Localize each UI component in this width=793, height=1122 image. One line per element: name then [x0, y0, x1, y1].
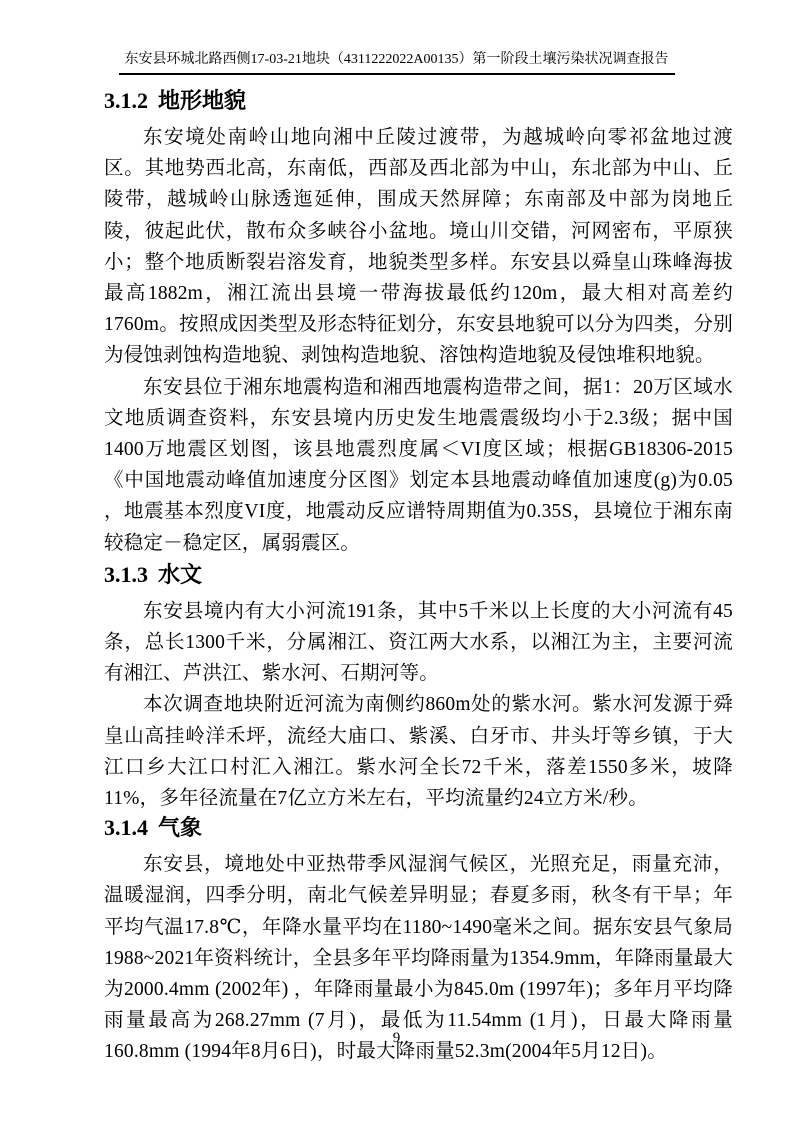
section-heading-hydrology: 3.1.3水文: [104, 562, 733, 588]
section-title: 地形地貌: [158, 88, 246, 113]
running-header-title: 东安县环城北路西侧17-03-21地块（4311222022A00135）第一阶…: [125, 52, 669, 67]
paragraph-hydrology-2: 本次调查地块附近河流为南侧约860m处的紫水河。紫水河发源于舜皇山高挂岭洋禾坪，…: [104, 689, 733, 814]
page-number: 9: [0, 1028, 793, 1048]
section-number: 3.1.3: [104, 562, 148, 587]
paragraph-terrain-2: 东安县位于湘东地震构造和湘西地震构造带之间，据1：20万区域水文地质调查资料，东…: [104, 372, 733, 559]
document-page: 东安县环城北路西侧17-03-21地块（4311222022A00135）第一阶…: [0, 0, 793, 1122]
section-title: 水文: [158, 562, 202, 587]
section-title: 气象: [158, 815, 202, 840]
running-header: 东安县环城北路西侧17-03-21地块（4311222022A00135）第一阶…: [119, 50, 675, 75]
document-content: 3.1.2地形地貌 东安境处南岭山地向湘中丘陵过渡带，为越城岭向零祁盆地过渡区。…: [104, 88, 733, 1068]
section-heading-terrain: 3.1.2地形地貌: [104, 88, 733, 114]
section-number: 3.1.2: [104, 88, 148, 113]
paragraph-hydrology-1: 东安县境内有大小河流191条，其中5千米以上长度的大小河流有45条，总长1300…: [104, 596, 733, 690]
section-number: 3.1.4: [104, 815, 148, 840]
paragraph-terrain-1: 东安境处南岭山地向湘中丘陵过渡带，为越城岭向零祁盆地过渡区。其地势西北高，东南低…: [104, 122, 733, 372]
section-heading-climate: 3.1.4气象: [104, 815, 733, 841]
